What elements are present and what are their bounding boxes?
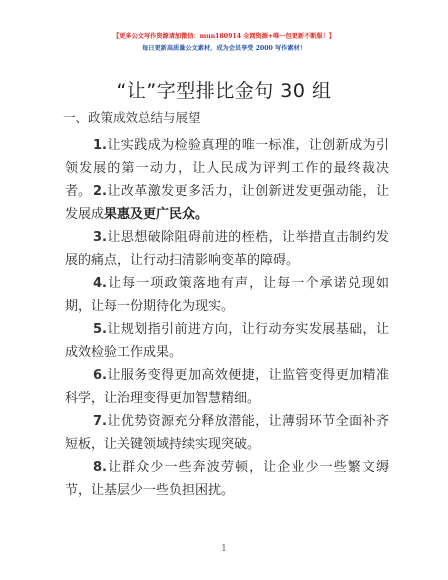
- item-text: 让每一项政策落地有声，让每一个承诺兑现如期，让每一份期待化为现实。: [65, 276, 389, 314]
- item-number: 6.: [93, 368, 107, 383]
- promo-banner-line-1: 【更多公文写作资源请加微信：mun180914 全网资源+唯一包更新不断服！】: [0, 31, 448, 40]
- section-heading: 一、政策成效总结与展望: [63, 108, 201, 126]
- item-text-bold: 果惠及更广民众。: [104, 207, 208, 222]
- list-item: 6.让服务变得更加高效便捷，让监管变得更加精准科学，让治理变得更加智慧精细。: [65, 364, 389, 410]
- list-item: 2.让改革激发更多活力，让创新迸发更强动能，让发展成果惠及更广民众。: [65, 180, 389, 226]
- list-item: 5.让规划指引前进方向，让行动夯实发展基础，让成效检验工作成果。: [65, 318, 389, 364]
- item-number: 3.: [93, 230, 107, 245]
- document-title: “让”字型排比金句 30 组: [0, 76, 448, 103]
- item-text: 让优势资源充分释放潜能，让薄弱环节全面补齐短板，让关键领域持续实现突破。: [65, 414, 389, 452]
- promo-banner-line-2: 每日更新高质量公文素材，成为会员享受 2000 写作素材！: [0, 43, 448, 52]
- item-text: 让服务变得更加高效便捷，让监管变得更加精准科学，让治理变得更加智慧精细。: [65, 368, 389, 406]
- item-text: 让规划指引前进方向，让行动夯实发展基础，让成效检验工作成果。: [65, 322, 389, 360]
- item-number: 1.: [93, 138, 107, 153]
- item-number: 5.: [93, 322, 107, 337]
- item-number: 8.: [93, 460, 107, 475]
- list-item: 8.让群众少一些奔波劳顿，让企业少一些繁文缛节，让基层少一些负担困扰。: [65, 456, 389, 502]
- list-item: 4.让每一项政策落地有声，让每一个承诺兑现如期，让每一份期待化为现实。: [65, 272, 389, 318]
- item-number: 4.: [93, 276, 107, 291]
- item-text: 让群众少一些奔波劳顿，让企业少一些繁文缛节，让基层少一些负担困扰。: [65, 460, 389, 498]
- list-item: 3.让思想破除阻碍前进的桎梏，让举措直击制约发展的痛点，让行动扫清影响变革的障碍…: [65, 226, 389, 272]
- item-number: 2.: [93, 184, 107, 199]
- item-number: 7.: [93, 414, 107, 429]
- page-number: 1: [0, 544, 448, 554]
- item-text: 让思想破除阻碍前进的桎梏，让举措直击制约发展的痛点，让行动扫清影响变革的障碍。: [65, 230, 389, 268]
- list-item: 7.让优势资源充分释放潜能，让薄弱环节全面补齐短板，让关键领域持续实现突破。: [65, 410, 389, 456]
